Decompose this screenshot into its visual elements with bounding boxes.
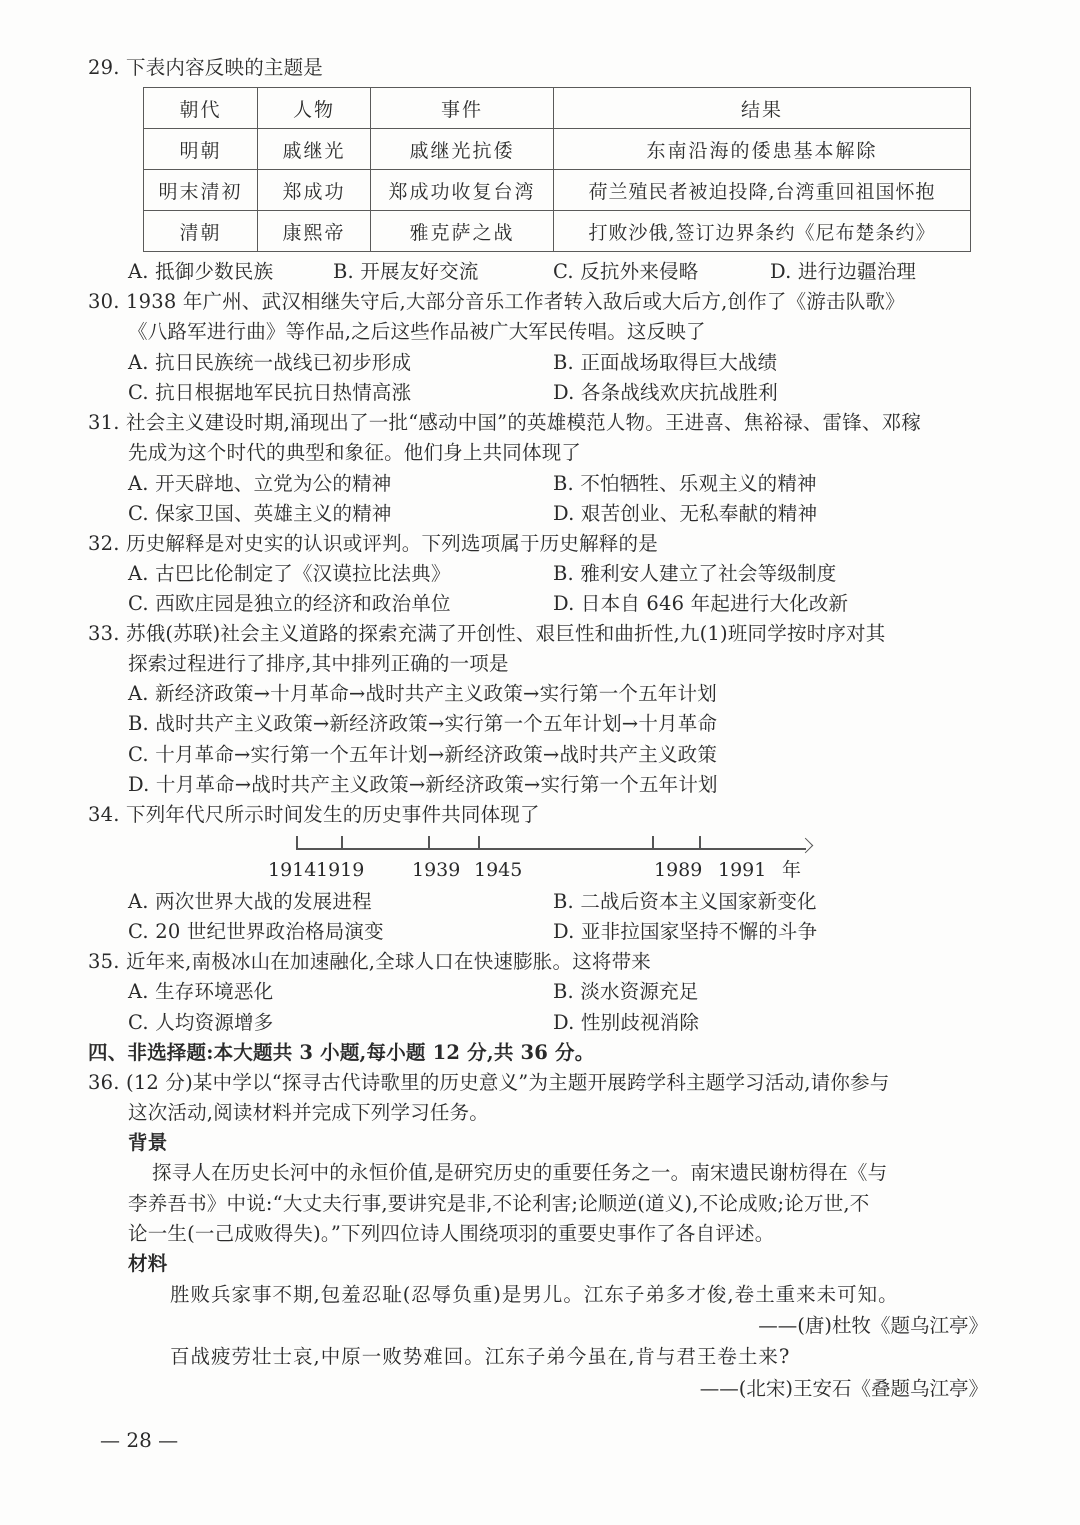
page-number: — 28 — (100, 1425, 178, 1455)
option-a: A. 新经济政策→十月革命→战时共产主义政策→实行第一个五年计划 (128, 679, 717, 709)
option-b: B. 淡水资源充足 (553, 977, 699, 1007)
poem-source: ——(唐)杜牧《题乌江亭》 (758, 1311, 988, 1341)
option-a: A. 两次世界大战的发展进程 (128, 887, 372, 917)
question-36-stem-cont: 这次活动,阅读材料并完成下列学习任务。 (128, 1098, 489, 1128)
material-label: 材料 (128, 1249, 167, 1279)
question-35-stem: 35. 近年来,南极冰山在加速融化,全球人口在快速膨胀。这将带来 (88, 947, 651, 977)
table-cell: 康熙帝 (258, 211, 371, 252)
option-a: A. 开天辟地、立党为公的精神 (128, 469, 391, 499)
option-d: D. 各条战线欢庆抗战胜利 (553, 378, 778, 408)
poem-text: 胜败兵家事不期,包羞忍耻(忍辱负重)是男儿。江东子弟多才俊,卷土重来未可知。 (170, 1280, 899, 1310)
timeline-tick (478, 836, 480, 849)
question-31-stem: 31. 社会主义建设时期,涌现出了一批“感动中国”的英雄模范人物。王进喜、焦裕禄… (88, 408, 921, 438)
timeline-tick (699, 836, 701, 849)
question-30-stem-cont: 《八路军进行曲》等作品,之后这些作品被广大军民传唱。这反映了 (128, 317, 706, 347)
background-paragraph: 论一生(一己成败得失)。”下列四位诗人围绕项羽的重要史事作了各自评述。 (128, 1219, 774, 1249)
timeline-year: 1991 (718, 855, 766, 885)
option-c: C. 西欧庄园是独立的经济和政治单位 (128, 589, 451, 619)
option-a: A. 古巴比伦制定了《汉谟拉比法典》 (128, 559, 451, 589)
question-29-stem: 29. 下表内容反映的主题是 (88, 53, 323, 83)
poem-text: 百战疲劳壮士哀,中原一败势难回。江东子弟今虽在,肯与君王卷土来? (170, 1342, 790, 1372)
timeline-unit: 年 (782, 855, 801, 885)
background-paragraph: 探寻人在历史长河中的永恒价值,是研究历史的重要任务之一。南宋遗民谢枋得在《与 (152, 1158, 887, 1188)
option-d: D. 亚非拉国家坚持不懈的斗争 (553, 917, 817, 947)
timeline-tick (652, 836, 654, 849)
table-cell: 郑成功收复台湾 (371, 170, 554, 211)
table-header: 事件 (371, 88, 554, 129)
timeline-year: 1939 (412, 855, 460, 885)
table-cell: 清朝 (144, 211, 258, 252)
background-label: 背景 (128, 1128, 167, 1158)
table-cell: 郑成功 (258, 170, 371, 211)
table-row: 清朝 康熙帝 雅克萨之战 打败沙俄,签订边界条约《尼布楚条约》 (144, 211, 971, 252)
arrow-right-icon (798, 838, 814, 854)
question-32-stem: 32. 历史解释是对史实的认识或评判。下列选项属于历史解释的是 (88, 529, 658, 559)
poem-source: ——(北宋)王安石《叠题乌江亭》 (700, 1374, 988, 1404)
table-cell: 戚继光 (258, 129, 371, 170)
option-c: C. 十月革命→实行第一个五年计划→新经济政策→战时共产主义政策 (128, 740, 717, 770)
timeline-tick (296, 836, 298, 849)
table-row: 明末清初 郑成功 郑成功收复台湾 荷兰殖民者被迫投降,台湾重回祖国怀抱 (144, 170, 971, 211)
timeline-year: 1945 (474, 855, 522, 885)
timeline-tick (341, 836, 343, 849)
option-d: D. 进行边疆治理 (770, 257, 916, 287)
option-b: B. 正面战场取得巨大战绩 (553, 348, 777, 378)
table-header: 朝代 (144, 88, 258, 129)
option-a: A. 抵御少数民族 (128, 257, 273, 287)
question-31-stem-cont: 先成为这个时代的典型和象征。他们身上共同体现了 (128, 438, 581, 468)
dynasty-table: 朝代 人物 事件 结果 明朝 戚继光 戚继光抗倭 东南沿海的倭患基本解除 明末清… (143, 87, 971, 252)
option-a: A. 生存环境恶化 (128, 977, 273, 1007)
timeline-year: 1919 (316, 855, 364, 885)
option-d: D. 日本自 646 年起进行大化改新 (553, 589, 848, 619)
table-cell: 东南沿海的倭患基本解除 (554, 129, 971, 170)
option-b: B. 二战后资本主义国家新变化 (553, 887, 817, 917)
question-36-stem: 36. (12 分)某中学以“探寻古代诗歌里的历史意义”为主题开展跨学科主题学习… (88, 1068, 889, 1098)
table-cell: 打败沙俄,签订边界条约《尼布楚条约》 (554, 211, 971, 252)
question-33-stem: 33. 苏俄(苏联)社会主义道路的探索充满了开创性、艰巨性和曲折性,九(1)班同… (88, 619, 885, 649)
question-30-stem: 30. 1938 年广州、武汉相继失守后,大部分音乐工作者转入敌后或大后方,创作… (88, 287, 905, 317)
section-heading: 四、非选择题:本大题共 3 小题,每小题 12 分,共 36 分。 (88, 1038, 594, 1068)
table-header-row: 朝代 人物 事件 结果 (144, 88, 971, 129)
table-cell: 雅克萨之战 (371, 211, 554, 252)
option-b: B. 战时共产主义政策→新经济政策→实行第一个五年计划→十月革命 (128, 709, 717, 739)
table-cell: 荷兰殖民者被迫投降,台湾重回祖国怀抱 (554, 170, 971, 211)
option-b: B. 开展友好交流 (333, 257, 479, 287)
option-a: A. 抗日民族统一战线已初步形成 (128, 348, 411, 378)
option-b: B. 不怕牺牲、乐观主义的精神 (553, 469, 817, 499)
option-c: C. 保家卫国、英雄主义的精神 (128, 499, 392, 529)
option-d: D. 十月革命→战时共产主义政策→新经济政策→实行第一个五年计划 (128, 770, 718, 800)
option-c: C. 抗日根据地军民抗日热情高涨 (128, 378, 411, 408)
option-d: D. 性别歧视消除 (553, 1008, 699, 1038)
background-paragraph: 李养吾书》中说:“大丈夫行事,要讲究是非,不论利害;论顺逆(道义),不论成败;论… (128, 1189, 870, 1219)
timeline-year: 1989 (654, 855, 702, 885)
table-header: 人物 (258, 88, 371, 129)
table-cell: 明朝 (144, 129, 258, 170)
table-cell: 戚继光抗倭 (371, 129, 554, 170)
table-cell: 明末清初 (144, 170, 258, 211)
question-33-stem-cont: 探索过程进行了排序,其中排列正确的一项是 (128, 649, 509, 679)
option-c: C. 20 世纪世界政治格局演变 (128, 917, 384, 947)
option-b: B. 雅利安人建立了社会等级制度 (553, 559, 836, 589)
table-header: 结果 (554, 88, 971, 129)
option-c: C. 反抗外来侵略 (553, 257, 698, 287)
timeline-tick (428, 836, 430, 849)
option-c: C. 人均资源增多 (128, 1008, 273, 1038)
timeline-year: 1914 (268, 855, 316, 885)
timeline-axis (296, 848, 806, 850)
table-row: 明朝 戚继光 戚继光抗倭 东南沿海的倭患基本解除 (144, 129, 971, 170)
option-d: D. 艰苦创业、无私奉献的精神 (553, 499, 817, 529)
question-34-stem: 34. 下列年代尺所示时间发生的历史事件共同体现了 (88, 800, 540, 830)
